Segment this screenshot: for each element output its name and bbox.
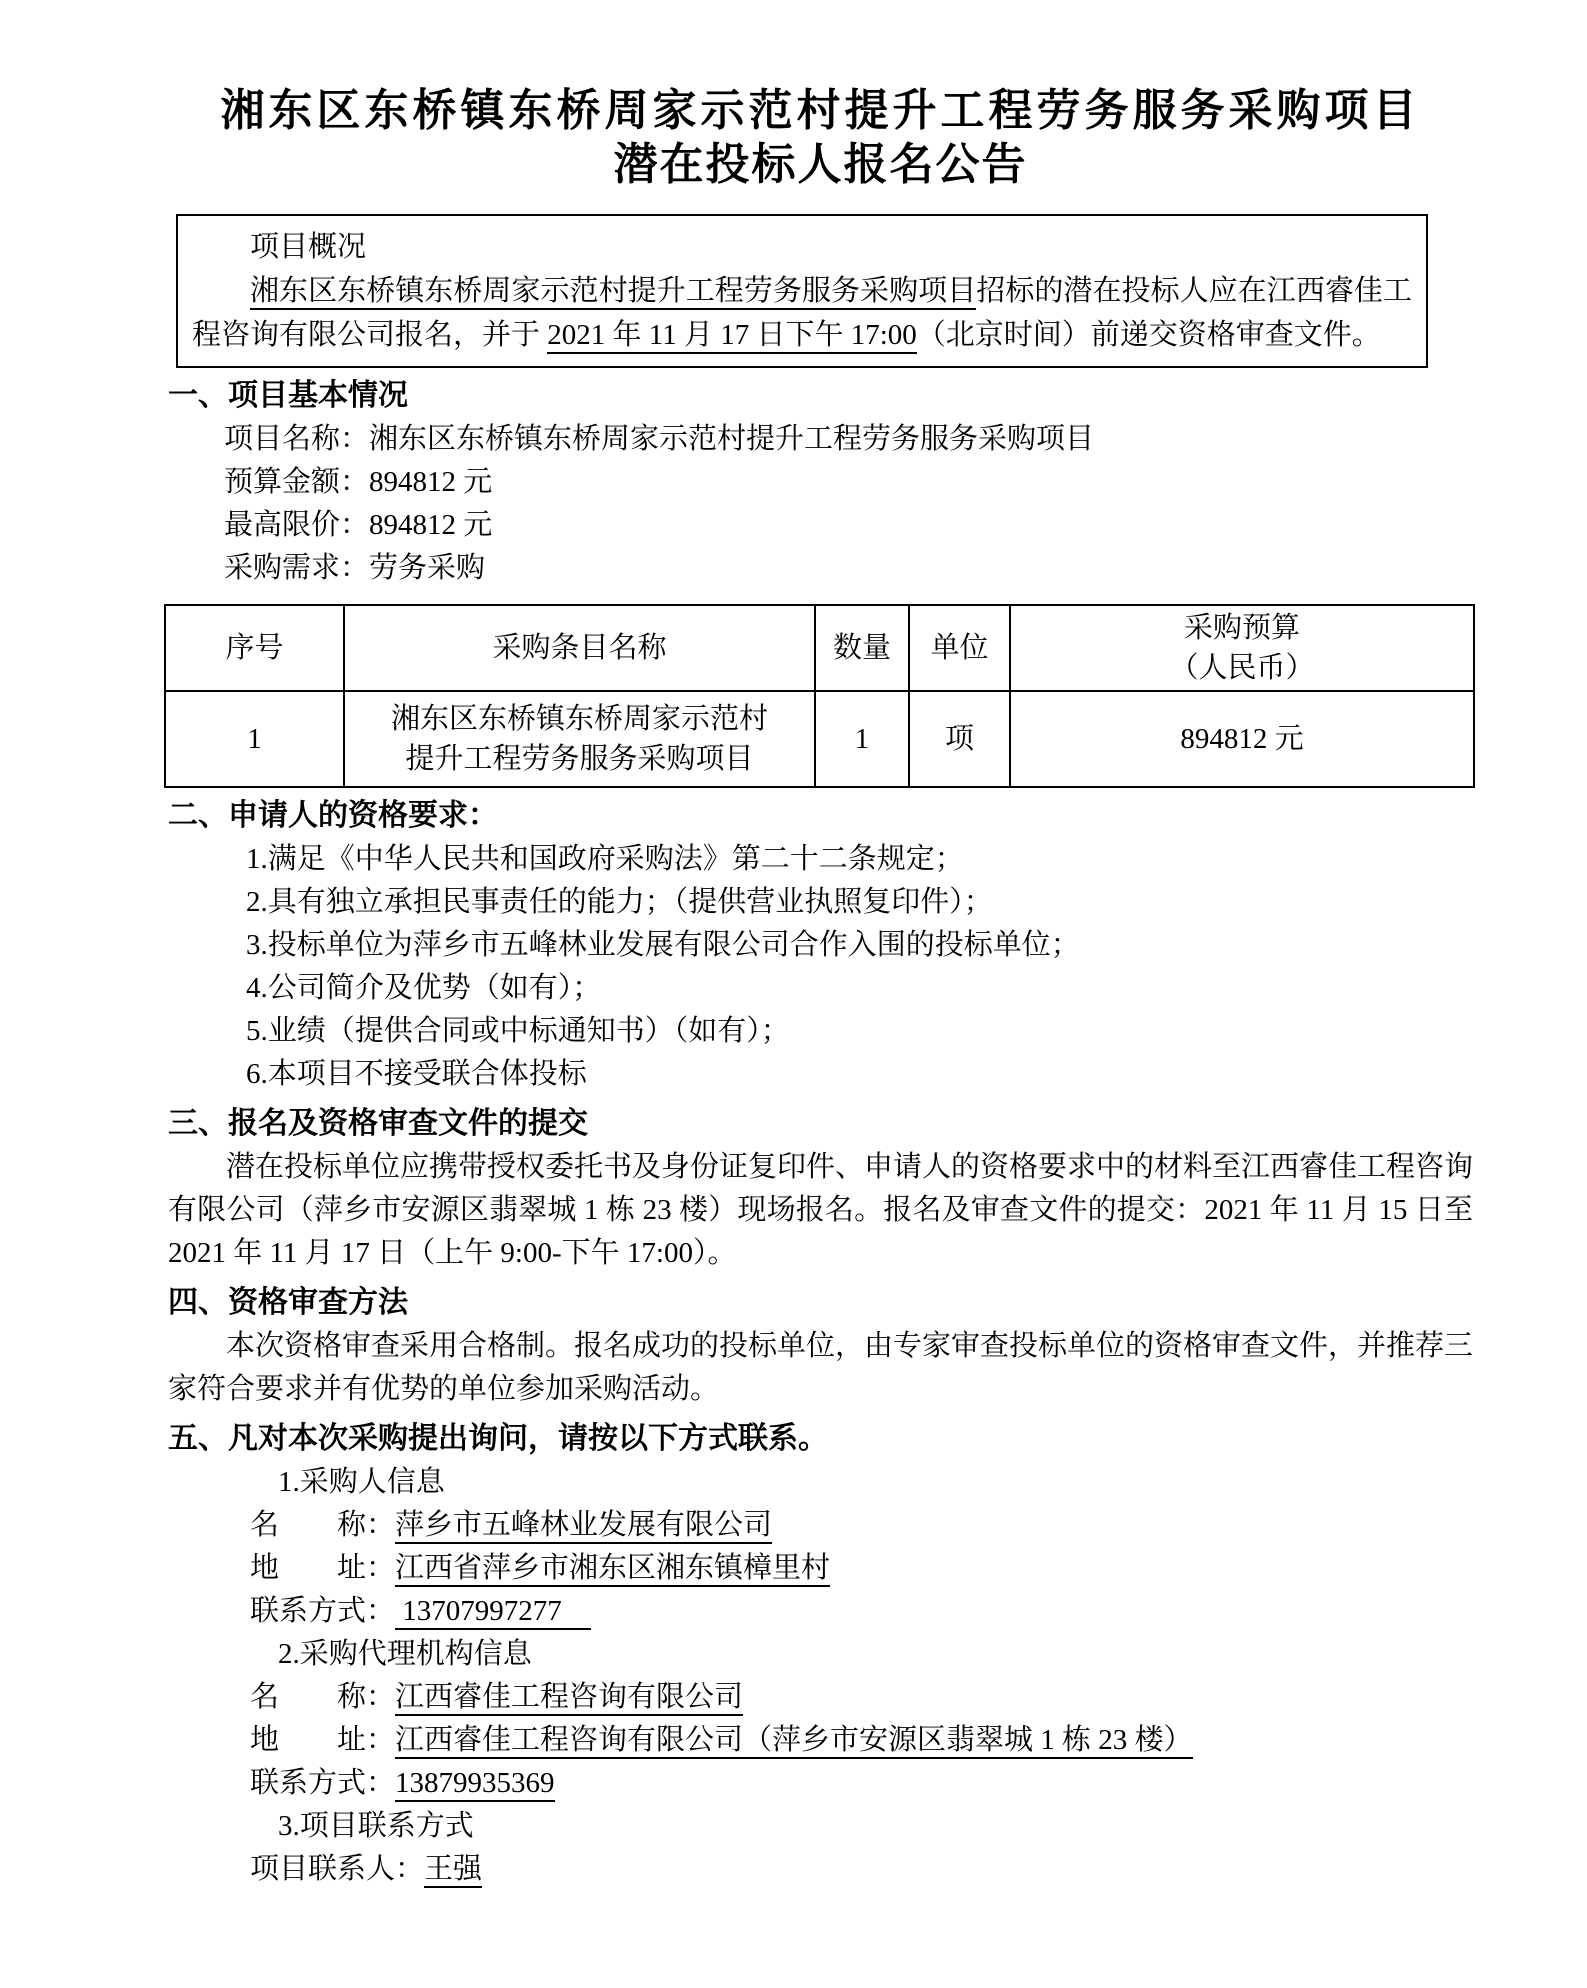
requirement-item: 5.业绩（提供合同或中标通知书）（如有）； <box>246 1010 1473 1053</box>
agent-address-label: 地 址： <box>250 1724 395 1756</box>
overview-project-name: 湘东区东桥镇东桥周家示范村提升工程劳务服务采购项目 <box>250 275 976 310</box>
agent-address-value: 江西睿佳工程咨询有限公司（萍乡市安源区翡翠城 1 栋 23 楼） <box>395 1724 1193 1759</box>
max-price-row: 最高限价：894812 元 <box>224 504 1473 547</box>
project-contact-label: 项目联系人： <box>250 1853 424 1885</box>
buyer-name-value: 萍乡市五峰林业发展有限公司 <box>395 1509 772 1544</box>
section3-heading: 三、报名及资格审查文件的提交 <box>168 1102 1473 1146</box>
buyer-name-label: 名 称： <box>250 1509 395 1541</box>
project-name-row: 项目名称：湘东区东桥镇东桥周家示范村提升工程劳务服务采购项目 <box>224 418 1473 461</box>
table-row: 1 湘东区东桥镇东桥周家示范村 提升工程劳务服务采购项目 1 项 894812 … <box>165 691 1474 787</box>
agent-phone-row: 联系方式：13879935369 <box>250 1762 1473 1805</box>
page-title-line1: 湘东区东桥镇东桥周家示范村提升工程劳务服务采购项目 <box>168 84 1473 138</box>
budget-label: 预算金额： <box>224 466 369 498</box>
cell-budget: 894812 元 <box>1010 691 1474 787</box>
agent-name-row: 名 称：江西睿佳工程咨询有限公司 <box>250 1676 1473 1719</box>
overview-heading: 项目概况 <box>192 225 1412 269</box>
table-header-row: 序号 采购条目名称 数量 单位 采购预算 （人民币） <box>165 605 1474 691</box>
buyer-info-title: 1.采购人信息 <box>278 1461 1473 1504</box>
buyer-phone-label: 联系方式： <box>250 1595 395 1627</box>
budget-row: 预算金额：894812 元 <box>224 461 1473 504</box>
max-price-label: 最高限价： <box>224 509 369 541</box>
cell-item-name: 湘东区东桥镇东桥周家示范村 提升工程劳务服务采购项目 <box>344 691 815 787</box>
overview-deadline: 2021 年 11 月 17 日下午 17:00 <box>547 319 916 354</box>
project-contact-title: 3.项目联系方式 <box>278 1805 1473 1848</box>
agent-phone-label: 联系方式： <box>250 1767 395 1799</box>
document-page: 湘东区东桥镇东桥周家示范村提升工程劳务服务采购项目 潜在投标人报名公告 项目概况… <box>0 0 1587 1988</box>
requirement-item: 6.本项目不接受联合体投标 <box>246 1053 1473 1096</box>
buyer-phone-value: 13707997277 <box>395 1595 591 1630</box>
overview-paragraph: 湘东区东桥镇东桥周家示范村提升工程劳务服务采购项目招标的潜在投标人应在江西睿佳工… <box>192 269 1412 357</box>
requirement-item: 4.公司简介及优势（如有）； <box>246 967 1473 1010</box>
buyer-address-row: 地 址：江西省萍乡市湘东区湘东镇樟里村 <box>250 1547 1473 1590</box>
requirement-item: 3.投标单位为萍乡市五峰林业发展有限公司合作入围的投标单位； <box>246 924 1473 967</box>
project-contact-name: 王强 <box>424 1853 482 1888</box>
page-title: 湘东区东桥镇东桥周家示范村提升工程劳务服务采购项目 潜在投标人报名公告 <box>168 84 1473 192</box>
col-header-item-name: 采购条目名称 <box>344 605 815 691</box>
demand-label: 采购需求： <box>224 552 369 584</box>
demand-value: 劳务采购 <box>369 552 485 584</box>
requirement-item: 1.满足《中华人民共和国政府采购法》第二十二条规定； <box>246 838 1473 881</box>
col-header-budget: 采购预算 （人民币） <box>1010 605 1474 691</box>
section4-heading: 四、资格审查方法 <box>168 1281 1473 1325</box>
col-header-quantity: 数量 <box>815 605 909 691</box>
col-header-unit: 单位 <box>909 605 1010 691</box>
cell-quantity: 1 <box>815 691 909 787</box>
project-name-value: 湘东区东桥镇东桥周家示范村提升工程劳务服务采购项目 <box>369 423 1094 455</box>
buyer-address-label: 地 址： <box>250 1552 395 1584</box>
section3-paragraph: 潜在投标单位应携带授权委托书及身份证复印件、申请人的资格要求中的材料至江西睿佳工… <box>168 1146 1473 1275</box>
demand-row: 采购需求：劳务采购 <box>224 547 1473 590</box>
procurement-items-table: 序号 采购条目名称 数量 单位 采购预算 （人民币） 1 湘东区东桥镇东桥周家示… <box>164 604 1475 788</box>
col-header-index: 序号 <box>165 605 344 691</box>
agent-info-title: 2.采购代理机构信息 <box>278 1633 1473 1676</box>
page-title-line2: 潜在投标人报名公告 <box>168 138 1473 192</box>
buyer-phone-row: 联系方式： 13707997277 <box>250 1590 1473 1633</box>
agent-name-label: 名 称： <box>250 1681 395 1713</box>
cell-index: 1 <box>165 691 344 787</box>
section2-heading: 二、申请人的资格要求： <box>168 794 1473 838</box>
buyer-address-value: 江西省萍乡市湘东区湘东镇樟里村 <box>395 1552 830 1587</box>
budget-value: 894812 元 <box>369 466 492 498</box>
cell-unit: 项 <box>909 691 1010 787</box>
project-name-label: 项目名称： <box>224 423 369 455</box>
section4-paragraph: 本次资格审查采用合格制。报名成功的投标单位，由专家审查投标单位的资格审查文件，并… <box>168 1325 1473 1411</box>
agent-phone-value: 13879935369 <box>395 1767 555 1802</box>
max-price-value: 894812 元 <box>369 509 492 541</box>
agent-name-value: 江西睿佳工程咨询有限公司 <box>395 1681 743 1716</box>
agent-address-row: 地 址：江西睿佳工程咨询有限公司（萍乡市安源区翡翠城 1 栋 23 楼） <box>250 1719 1473 1762</box>
project-overview-box: 项目概况 湘东区东桥镇东桥周家示范村提升工程劳务服务采购项目招标的潜在投标人应在… <box>176 214 1428 368</box>
section5-heading: 五、凡对本次采购提出询问，请按以下方式联系。 <box>168 1417 1473 1461</box>
project-contact-row: 项目联系人：王强 <box>250 1848 1473 1891</box>
requirement-item: 2.具有独立承担民事责任的能力；（提供营业执照复印件）； <box>246 881 1473 924</box>
buyer-name-row: 名 称：萍乡市五峰林业发展有限公司 <box>250 1504 1473 1547</box>
overview-text-tail: （北京时间）前递交资格审查文件。 <box>917 319 1381 351</box>
section1-heading: 一、项目基本情况 <box>168 374 1473 418</box>
